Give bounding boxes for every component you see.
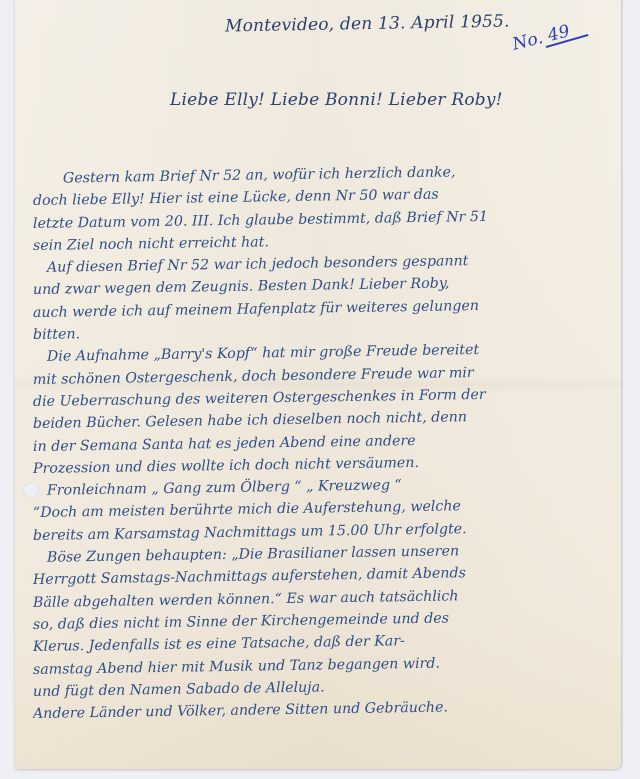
salutation: Liebe Elly! Liebe Bonni! Lieber Roby! — [170, 90, 503, 110]
letter-number-annotation: No. 49 — [510, 21, 572, 55]
letter-body: Gestern kam Brief Nr 52 an, wofür ich he… — [33, 168, 623, 725]
letter-page: Montevideo, den 13. April 1955. No. 49 L… — [15, 0, 621, 769]
dateline: Montevideo, den 13. April 1955. — [225, 12, 510, 37]
